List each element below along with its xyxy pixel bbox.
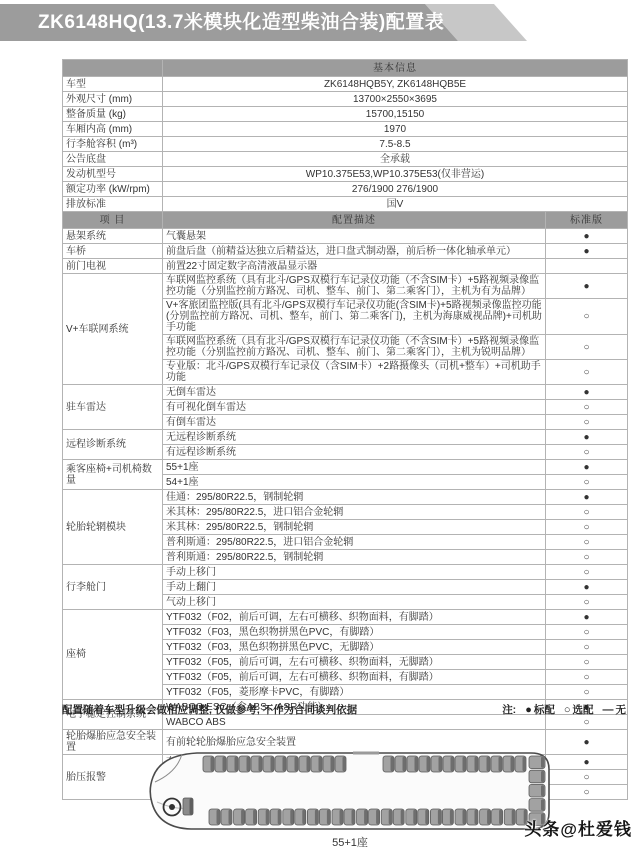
legend-symbol: ● (525, 704, 532, 716)
spec-label: 行李舱容积 (m³) (63, 137, 163, 152)
config-desc: 有倒车雷达 (163, 415, 546, 430)
config-group-label: 座椅 (63, 610, 163, 700)
spec-label: 额定功率 (kW/rpm) (63, 182, 163, 197)
spec-row: 公告底盘全承载 (63, 152, 628, 167)
config-mark: ○ (546, 595, 628, 610)
spec-label: 公告底盘 (63, 152, 163, 167)
seat-backrest (290, 810, 293, 824)
seat-backrest (315, 810, 318, 824)
seat-backrest (283, 757, 286, 771)
config-row: 行李舱门手动上移门○ (63, 565, 628, 580)
seat-backrest (499, 810, 502, 824)
config-desc: 前置22寸固定数字高清液晶显示器 (163, 259, 546, 274)
seat-backrest (463, 757, 466, 771)
seat-backrest (439, 757, 442, 771)
spec-row: 排放标准国V (63, 197, 628, 212)
config-mark: ○ (546, 475, 628, 490)
config-mark: ○ (546, 505, 628, 520)
config-desc: YTF032（F05，前后可调，左右可横移、织物面料，无脚踏） (163, 655, 546, 670)
seat-backrest (352, 810, 355, 824)
seat-backrest (487, 757, 490, 771)
seat-backrest (541, 771, 544, 782)
seat-backrest (425, 810, 428, 824)
config-row: 座椅YTF032（F02，前后可调，左右可横移、织物面料，有脚踏）● (63, 610, 628, 625)
config-desc: YTF032（F03，黑色织物拼黑色PVC，无脚踏） (163, 640, 546, 655)
spec-row: 车型ZK6148HQB5Y, ZK6148HQB5E (63, 77, 628, 92)
config-mark: ○ (546, 520, 628, 535)
seat-backrest (541, 757, 544, 768)
spec-row: 外观尺寸 (mm)13700×2550×3695 (63, 92, 628, 107)
config-mark: ○ (546, 445, 628, 460)
legend-prefix: 注: (502, 702, 516, 717)
config-mark: ● (546, 580, 628, 595)
seat-backrest (438, 810, 441, 824)
config-mark: ○ (546, 535, 628, 550)
legend-item: —无 (603, 702, 627, 717)
basic-info-header-row: 基本信息 (63, 60, 628, 77)
basic-info-header-spacer (63, 60, 163, 77)
legend-label: 选配 (573, 702, 594, 717)
legend-label: 无 (616, 702, 627, 717)
seat-backrest (401, 810, 404, 824)
seat-backrest (475, 757, 478, 771)
config-group-label: 远程诊断系统 (63, 430, 163, 460)
config-group-label: 轮胎轮辋模块 (63, 490, 163, 565)
config-mark: ○ (546, 770, 628, 785)
seat-backrest (487, 810, 490, 824)
config-mark: ○ (546, 360, 628, 385)
seat-backrest (376, 810, 379, 824)
config-desc: 车联网监控系统（具有北斗/GPS双模行车记录仪功能（不含SIM卡）+5路视频录像… (163, 335, 546, 360)
spec-value: WP10.375E53,WP10.375E53(仅非营运) (163, 167, 628, 182)
config-mark: ○ (546, 685, 628, 700)
config-desc: YTF032（F03，黑色织物拼黑色PVC，有脚踏） (163, 625, 546, 640)
seat-backrest (403, 757, 406, 771)
steering-wheel-hub (169, 804, 175, 810)
spec-value: 276/1900 276/1900 (163, 182, 628, 197)
config-mark: ○ (546, 655, 628, 670)
seat-backrest (523, 757, 526, 771)
spec-value: 7.5-8.5 (163, 137, 628, 152)
config-mark: ● (546, 460, 628, 475)
legend-item: ○选配 (564, 702, 594, 717)
spec-row: 额定功率 (kW/rpm)276/1900 276/1900 (63, 182, 628, 197)
seat-backrest (331, 757, 334, 771)
seat-backrest (217, 810, 220, 824)
spec-row: 行李舱容积 (m³)7.5-8.5 (63, 137, 628, 152)
config-group-label: 乘客座椅+司机椅数量 (63, 460, 163, 490)
config-desc: 佳通：295/80R22.5，钢制轮辋 (163, 490, 546, 505)
config-row: 远程诊断系统无远程诊断系统● (63, 430, 628, 445)
seat-backrest (451, 757, 454, 771)
spec-table-body: 基本信息 车型ZK6148HQB5Y, ZK6148HQB5E外观尺寸 (mm)… (63, 60, 628, 800)
config-mark: ○ (546, 299, 628, 335)
config-mark: ○ (546, 565, 628, 580)
config-desc: 气囊悬架 (163, 229, 546, 244)
config-desc: 手动上移门 (163, 565, 546, 580)
config-group-label: 悬架系统 (63, 229, 163, 244)
config-col-desc: 配置描述 (163, 212, 546, 229)
config-mark: ● (546, 229, 628, 244)
seat-backrest (307, 757, 310, 771)
seat-map-diagram (145, 750, 555, 834)
spec-value: ZK6148HQB5Y, ZK6148HQB5E (163, 77, 628, 92)
config-mark: ○ (546, 550, 628, 565)
legend-symbol: ○ (564, 704, 571, 716)
config-desc: YTF032（F02，前后可调，左右可横移、织物面料，有脚踏） (163, 610, 546, 625)
spec-row: 车厢内高 (mm)1970 (63, 122, 628, 137)
seat-backrest (253, 810, 256, 824)
config-desc: 车联网监控系统（具有北斗/GPS双模行车记录仪功能（不含SIM卡）+5路视频录像… (163, 274, 546, 299)
seat-backrest (229, 810, 232, 824)
config-group-label: 车桥 (63, 244, 163, 259)
config-desc: 55+1座 (163, 460, 546, 475)
seat-backrest (247, 757, 250, 771)
seat-backrest (541, 785, 544, 796)
seat-backrest (302, 810, 305, 824)
config-mark: ○ (546, 400, 628, 415)
config-desc: 无远程诊断系统 (163, 430, 546, 445)
config-header-row: 项 目 配置描述 标准版 (63, 212, 628, 229)
config-row: 驻车雷达无倒车雷达● (63, 385, 628, 400)
legend: 注: ●标配○选配—无 (502, 702, 626, 717)
spec-value: 全承载 (163, 152, 628, 167)
seat-backrest (541, 799, 544, 810)
spec-row: 整备质量 (kg)15700,15150 (63, 107, 628, 122)
seat-backrest (259, 757, 262, 771)
config-mark: ○ (546, 785, 628, 800)
seat-backrest (413, 810, 416, 824)
config-mark: ● (546, 385, 628, 400)
seat-backrest (211, 757, 214, 771)
seat-backrest (364, 810, 367, 824)
config-desc: 米其林：295/80R22.5，进口铝合金轮辋 (163, 505, 546, 520)
seat-backrest (319, 757, 322, 771)
config-row: 前门电视前置22寸固定数字高清液晶显示器 (63, 259, 628, 274)
seat-backrest (241, 810, 244, 824)
seat-backrest (389, 810, 392, 824)
config-group-label: 行李舱门 (63, 565, 163, 610)
spec-table: 基本信息 车型ZK6148HQB5Y, ZK6148HQB5E外观尺寸 (mm)… (62, 59, 628, 800)
watermark: 头条@杜爱钱 (524, 815, 632, 840)
config-desc: V+客旅团监控版(具有北斗/GPS双模行车记录仪功能(含SIM卡)+5路视频录像… (163, 299, 546, 335)
seat-backrest (475, 810, 478, 824)
config-desc: 54+1座 (163, 475, 546, 490)
config-mark: ● (546, 244, 628, 259)
config-desc: 普利斯通：295/80R22.5，进口铝合金轮辋 (163, 535, 546, 550)
config-desc: 有可视化倒车雷达 (163, 400, 546, 415)
config-row: 轮胎轮辋模块佳通：295/80R22.5，钢制轮辋● (63, 490, 628, 505)
seat-backrest (463, 810, 466, 824)
seat-backrest (340, 810, 343, 824)
seat-backrest (271, 757, 274, 771)
disclaimer-note: 配置随着车型升级会做相应调整, 仅做参考, 不作为合同谈判依据 (62, 702, 357, 717)
spec-label: 整备质量 (kg) (63, 107, 163, 122)
seat-backrest (427, 757, 430, 771)
bus-top-view (145, 750, 555, 834)
config-mark: ○ (546, 625, 628, 640)
legend-item: ●标配 (525, 702, 555, 717)
config-group-label: V+车联网系统 (63, 274, 163, 385)
config-group-label: 前门电视 (63, 259, 163, 274)
legend-label: 标配 (534, 702, 555, 717)
seat-backrest (223, 757, 226, 771)
spec-value: 国V (163, 197, 628, 212)
seat-backrest (511, 757, 514, 771)
config-desc: 专业版：北斗/GPS双模行车记录仪（含SIM卡）+2路摄像头（司机+整车）+司机… (163, 360, 546, 385)
seat-backrest (391, 757, 394, 771)
config-group-label: 驻车雷达 (63, 385, 163, 430)
config-desc: YTF032（F05，前后可调，左右可横移、织物面料，有脚踏） (163, 670, 546, 685)
spec-label: 排放标准 (63, 197, 163, 212)
basic-info-header: 基本信息 (163, 60, 628, 77)
config-mark: ○ (546, 415, 628, 430)
seat-backrest (235, 757, 238, 771)
config-desc: 无倒车雷达 (163, 385, 546, 400)
seat-backrest (327, 810, 330, 824)
seat-backrest (343, 757, 346, 771)
seat-backrest (266, 810, 269, 824)
legend-symbol: — (603, 704, 614, 716)
config-col-edition: 标准版 (546, 212, 628, 229)
config-mark (546, 259, 628, 274)
spec-label: 车厢内高 (mm) (63, 122, 163, 137)
config-col-item: 项 目 (63, 212, 163, 229)
seat-backrest (499, 757, 502, 771)
spec-label: 发动机型号 (63, 167, 163, 182)
seat-backrest (295, 757, 298, 771)
spec-value: 13700×2550×3695 (163, 92, 628, 107)
driver-seat-backrest (190, 799, 194, 815)
config-mark: ○ (546, 640, 628, 655)
config-row: 乘客座椅+司机椅数量55+1座● (63, 460, 628, 475)
seat-backrest (512, 810, 515, 824)
config-row: 车桥前盘后盘（前精益达独立后精益达，进口盘式制动器，前后桥一体化轴承单元）● (63, 244, 628, 259)
config-row: V+车联网系统车联网监控系统（具有北斗/GPS双模行车记录仪功能（不含SIM卡）… (63, 274, 628, 299)
config-desc: 手动上翻门 (163, 580, 546, 595)
config-mark: ○ (546, 335, 628, 360)
config-desc: 前盘后盘（前精益达独立后精益达，进口盘式制动器，前后桥一体化轴承单元） (163, 244, 546, 259)
seat-backrest (450, 810, 453, 824)
config-mark: ○ (546, 670, 628, 685)
config-mark: ● (546, 730, 628, 755)
seat-backrest (278, 810, 281, 824)
spec-label: 车型 (63, 77, 163, 92)
spec-value: 1970 (163, 122, 628, 137)
page-title: ZK6148HQ(13.7米模块化造型柴油合装)配置表 (38, 4, 444, 41)
spec-value: 15700,15150 (163, 107, 628, 122)
config-desc: 米其林：295/80R22.5，钢制轮辋 (163, 520, 546, 535)
config-desc: 有远程诊断系统 (163, 445, 546, 460)
config-row: 悬架系统气囊悬架● (63, 229, 628, 244)
config-mark: ● (546, 610, 628, 625)
spec-row: 发动机型号WP10.375E53,WP10.375E53(仅非营运) (63, 167, 628, 182)
config-mark: ● (546, 430, 628, 445)
seat-backrest (415, 757, 418, 771)
config-mark: ● (546, 490, 628, 505)
spec-label: 外观尺寸 (mm) (63, 92, 163, 107)
seat-map-caption: 55+1座 (145, 834, 555, 849)
config-mark: ● (546, 755, 628, 770)
config-desc: 气动上移门 (163, 595, 546, 610)
config-mark: ● (546, 274, 628, 299)
config-desc: 普利斯通：295/80R22.5，钢制轮辋 (163, 550, 546, 565)
config-desc: YTF032（F05，菱形摩卡PVC，有脚踏） (163, 685, 546, 700)
